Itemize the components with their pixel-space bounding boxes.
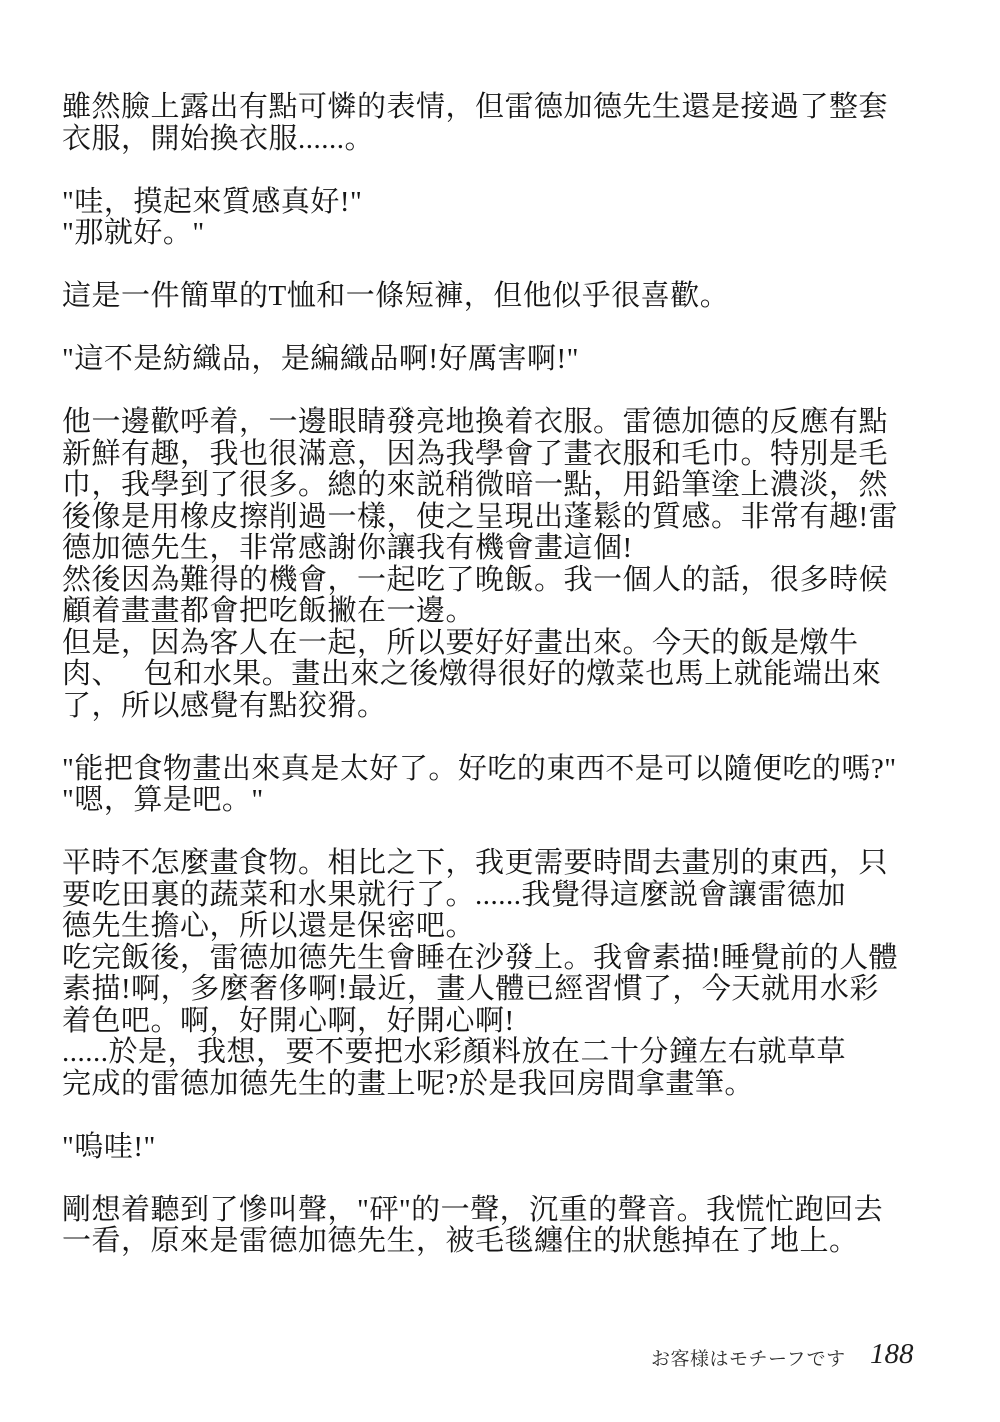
text-line: 顧着畫畫都會把吃飯撇在一邊。 bbox=[62, 596, 962, 628]
document-page: 雖然臉上露出有點可憐的表情，但雷德加德先生還是接過了整套衣服，開始換衣服....… bbox=[0, 0, 1000, 1422]
body-text: 雖然臉上露出有點可憐的表情，但雷德加德先生還是接過了整套衣服，開始換衣服....… bbox=[62, 92, 962, 1258]
text-line: 但是，因為客人在一起，所以要好好畫出來。今天的飯是燉牛 bbox=[62, 628, 962, 660]
text-line: 雖然臉上露出有點可憐的表情，但雷德加德先生還是接過了整套 bbox=[62, 92, 962, 124]
text-line: "能把食物畫出來真是太好了。好吃的東西不是可以隨便吃的嗎?" bbox=[62, 754, 962, 786]
text-line: 剛想着聽到了慘叫聲，"砰"的一聲，沉重的聲音。我慌忙跑回去 bbox=[62, 1195, 962, 1227]
text-line: 一看，原來是雷德加德先生，被毛毯纏住的狀態掉在了地上。 bbox=[62, 1226, 962, 1258]
text-line bbox=[62, 250, 962, 282]
text-line: 衣服，開始換衣服......。 bbox=[62, 124, 962, 156]
text-line: "嗯，算是吧。" bbox=[62, 785, 962, 817]
page-footer: お客様はモチーフです 188 bbox=[0, 1338, 1000, 1378]
text-line: 這是一件簡單的T恤和一條短褲，但他似乎很喜歡。 bbox=[62, 281, 962, 313]
text-line: 他一邊歡呼着，一邊眼睛發亮地換着衣服。雷德加德的反應有點 bbox=[62, 407, 962, 439]
text-line: 巾，我學到了很多。總的來説稍微暗一點，用鉛筆塗上濃淡，然 bbox=[62, 470, 962, 502]
text-line: "嗚哇!" bbox=[62, 1132, 962, 1164]
text-line: 着色吧。啊，好開心啊，好開心啊! bbox=[62, 1006, 962, 1038]
text-line: 了，所以感覺有點狡猾。 bbox=[62, 691, 962, 723]
text-line: ......於是，我想，要不要把水彩顏料放在二十分鐘左右就草草 bbox=[62, 1037, 962, 1069]
text-line: 新鮮有趣，我也很滿意，因為我學會了畫衣服和毛巾。特別是毛 bbox=[62, 439, 962, 471]
running-title: お客様はモチーフです bbox=[651, 1344, 846, 1371]
text-line bbox=[62, 1100, 962, 1132]
text-line: "哇，摸起來質感真好!" bbox=[62, 187, 962, 219]
text-line: 德先生擔心，所以還是保密吧。 bbox=[62, 911, 962, 943]
text-line: 德加德先生，非常感謝你讓我有機會畫這個! bbox=[62, 533, 962, 565]
text-line bbox=[62, 155, 962, 187]
text-line: 肉、 包和水果。畫出來之後燉得很好的燉菜也馬上就能端出來 bbox=[62, 659, 962, 691]
text-line bbox=[62, 817, 962, 849]
text-line: 然後因為難得的機會，一起吃了晚飯。我一個人的話，很多時候 bbox=[62, 565, 962, 597]
page-number: 188 bbox=[870, 1338, 918, 1371]
text-line bbox=[62, 313, 962, 345]
text-line: 素描!啊，多麼奢侈啊!最近，畫人體已經習慣了，今天就用水彩 bbox=[62, 974, 962, 1006]
text-line bbox=[62, 1163, 962, 1195]
text-line: 平時不怎麼畫食物。相比之下，我更需要時間去畫別的東西，只 bbox=[62, 848, 962, 880]
text-line: 吃完飯後，雷德加德先生會睡在沙發上。我會素描!睡覺前的人體 bbox=[62, 943, 962, 975]
text-line: 後像是用橡皮擦削過一樣，使之呈現出蓬鬆的質感。非常有趣!雷 bbox=[62, 502, 962, 534]
text-line: "那就好。" bbox=[62, 218, 962, 250]
text-line bbox=[62, 376, 962, 408]
text-line bbox=[62, 722, 962, 754]
text-line: 完成的雷德加德先生的畫上呢?於是我回房間拿畫筆。 bbox=[62, 1069, 962, 1101]
text-line: 要吃田裏的蔬菜和水果就行了。......我覺得這麼説會讓雷德加 bbox=[62, 880, 962, 912]
text-line: "這不是紡織品，是編織品啊!好厲害啊!" bbox=[62, 344, 962, 376]
